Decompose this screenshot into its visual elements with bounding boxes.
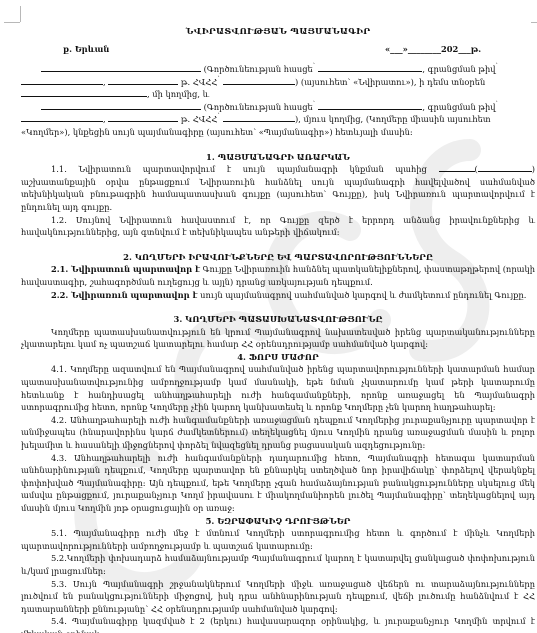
party-1-reg-date-field[interactable] xyxy=(108,76,178,85)
clause-text: Կողմերը ազատվում են Պայմանագրով սահմանվա… xyxy=(21,364,535,412)
document-body: ՆՎԻՐԱՏՎՈՒԹՅԱՆ ՊԱՅՄԱՆԱԳԻՐ ք. Երևան «___»_… xyxy=(21,26,535,633)
clause-text: Նվիրատուն պարտավորվում է սույն պայմանագր… xyxy=(78,164,426,174)
clause-number: 4.3. xyxy=(51,453,67,463)
party-2-block: (Գործունեության հասցե` , գրանցման թիվ` ,… xyxy=(21,101,535,139)
party-1-block: (Գործունեության հասցե` , գրանցման թիվ` ,… xyxy=(21,63,535,101)
clause-text: Սույնով Նվիրատուն հավաստում է, որ Գույքը… xyxy=(21,215,535,238)
clause-number: 1.1. xyxy=(51,164,67,174)
crop-mark-top-right xyxy=(531,22,537,23)
party-2-reg-date-field[interactable] xyxy=(108,113,178,122)
place-date-row: ք. Երևան «___»________202___թ. xyxy=(21,43,535,57)
party-1-tin-label: թ. ՀՎՀՀ xyxy=(181,77,217,87)
clause-text: Անհաղթահարելի ուժի հանգամանքների դադարու… xyxy=(21,453,535,513)
clause-1-1: 1.1. Նվիրատուն պարտավորվում է սույն պայմ… xyxy=(21,163,535,213)
clause-number: 4.1. xyxy=(51,364,67,374)
party-2-tin-field[interactable] xyxy=(223,113,295,122)
section-3-heading: 3. ԿՈՂՄԵՐԻ ՊԱՏԱՍԽԱՆԱՏՎՈՒԹՅՈՒՆԸ xyxy=(21,313,535,326)
section-2-heading: 2. ԿՈՂՄԵՐԻ ԻՐԱՎՈՒՆՔՆԵՐԸ ԵՎ ՊԱՐՏԱՎՈՐՈՒԹՅՈ… xyxy=(21,251,535,264)
party-1-name-field[interactable] xyxy=(41,63,201,72)
clause-text: սույն պայմանագրով սահմանված կարգով և ժամ… xyxy=(200,290,526,300)
party-1-address-field[interactable] xyxy=(318,63,422,72)
clause-text: Պայմանագիրը ուժի մեջ է մտնում Կողմերի ստ… xyxy=(21,528,535,551)
document-title: ՆՎԻՐԱՏՎՈՒԹՅԱՆ ՊԱՅՄԱՆԱԳԻՐ xyxy=(21,26,535,39)
clause-text: Կողմերի փոխադարձ համաձայնությամբ Պայմանա… xyxy=(21,553,535,576)
date-field[interactable]: «___»________202___թ. xyxy=(385,43,481,56)
clause-5-1: 5.1. Պայմանագիրը ուժի մեջ է մտնում Կողմե… xyxy=(21,527,535,552)
clause-2-1: 2.1. Նվիրատուն պարտավոր է Գույքը Նվիրառո… xyxy=(21,263,535,288)
clause-number: 5.2. xyxy=(51,553,67,563)
clause-text-cont: աշխատանքային օրվա ընթացքում Նվիրառուին հ… xyxy=(21,177,535,212)
party-2-reg-field[interactable] xyxy=(21,113,103,122)
clause-text: Պայմանագիրը կազմված է 2 (երկու) հավասարա… xyxy=(21,616,535,633)
clause-number: 2.1. xyxy=(51,264,68,274)
clause-number: 1.2. xyxy=(51,215,67,225)
clause-text: Անհաղթահարելի ուժի հանգամանքների առաջացմ… xyxy=(21,415,535,450)
party-1-reg-label: , գրանցման թիվ xyxy=(422,64,495,74)
clause-number: 5.4. xyxy=(51,616,67,626)
clause-text: Սույն Պայմանագրի շրջանակներում Կողմերի մ… xyxy=(21,579,535,614)
party-1-role-text: ) (այսուհետ՝ «Նվիրատու»), ի դեմս տնօրեն xyxy=(295,77,485,87)
clause-number: 2.2. xyxy=(51,290,68,300)
clause-4-3: 4.3. Անհաղթահարելի ուժի հանգամանքների դա… xyxy=(21,452,535,515)
clause-lead: Նվիրառուն պարտավոր է xyxy=(71,290,198,300)
clause-5-4: 5.4. Պայմանագիրը կազմված է 2 (երկու) հավ… xyxy=(21,615,535,633)
party-2-tin-label: թ. ՀՎՀՀ xyxy=(181,114,217,124)
section-4-heading: 4. ՖՈՐՍ ՄԱԺՈՐ xyxy=(21,351,535,364)
clause-5-3: 5.3. Սույն Պայմանագրի շրջանակներում Կողմ… xyxy=(21,578,535,616)
clause-4-2: 4.2. Անհաղթահարելի ուժի հանգամանքների առ… xyxy=(21,414,535,452)
clause-number: 5.3. xyxy=(51,579,67,589)
clause-text: Կողմերը պատասխանատվություն են կրում Պայմ… xyxy=(21,327,535,350)
party-2-role-text: ), մյուս կողմից, (Կողմերը միասին այսուհե… xyxy=(295,114,491,124)
days-words-field[interactable] xyxy=(478,163,532,172)
party-2-end-text: «Կողմեր»), կնքեցին սույն պայմանագիրը (այ… xyxy=(21,127,413,137)
section-1-heading: 1. ՊԱՅՄԱՆԱԳՐԻ ԱՌԱՐԿԱՆ xyxy=(21,151,535,164)
party-1-director-field[interactable] xyxy=(21,88,147,97)
clause-lead: Նվիրատուն պարտավոր է xyxy=(71,264,200,274)
clause-number: 5.1. xyxy=(51,528,67,538)
section-5-heading: 5. ԵԶՐԱՓԱԿԻՉ ԴՐՈՒՅԹՆԵՐ xyxy=(21,515,535,528)
city-label: ք. Երևան xyxy=(63,43,109,56)
clause-number: 4.2. xyxy=(51,415,67,425)
party-1-tin-field[interactable] xyxy=(223,76,295,85)
crop-mark-top-left-vertical xyxy=(20,6,21,22)
clause-1-2: 1.2. Սույնով Նվիրատուն հավաստում է, որ Գ… xyxy=(21,214,535,239)
party-2-name-field[interactable] xyxy=(41,101,201,110)
clause-3: Կողմերը պատասխանատվություն են կրում Պայմ… xyxy=(21,326,535,351)
document-page: ՆՎԻՐԱՏՎՈՒԹՅԱՆ ՊԱՅՄԱՆԱԳԻՐ ք. Երևան «___»_… xyxy=(0,0,537,633)
crop-mark-top-left xyxy=(4,22,20,23)
party-2-reg-label: , գրանցման թիվ xyxy=(422,102,495,112)
clause-4-1: 4.1. Կողմերը ազատվում են Պայմանագրով սահ… xyxy=(21,363,535,413)
party-1-address-label: (Գործունեության հասցե xyxy=(204,64,313,74)
party-2-address-label: (Գործունեության հասցե xyxy=(204,102,313,112)
party-1-reg-field[interactable] xyxy=(21,76,103,85)
clause-2-2: 2.2. Նվիրառուն պարտավոր է սույն պայմանագ… xyxy=(21,289,535,302)
clause-5-2: 5.2.Կողմերի փոխադարձ համաձայնությամբ Պայ… xyxy=(21,552,535,577)
party-2-address-field[interactable] xyxy=(318,101,422,110)
days-number-field[interactable] xyxy=(439,163,475,172)
party-1-end-text: , մի կողմից, և xyxy=(147,89,209,99)
